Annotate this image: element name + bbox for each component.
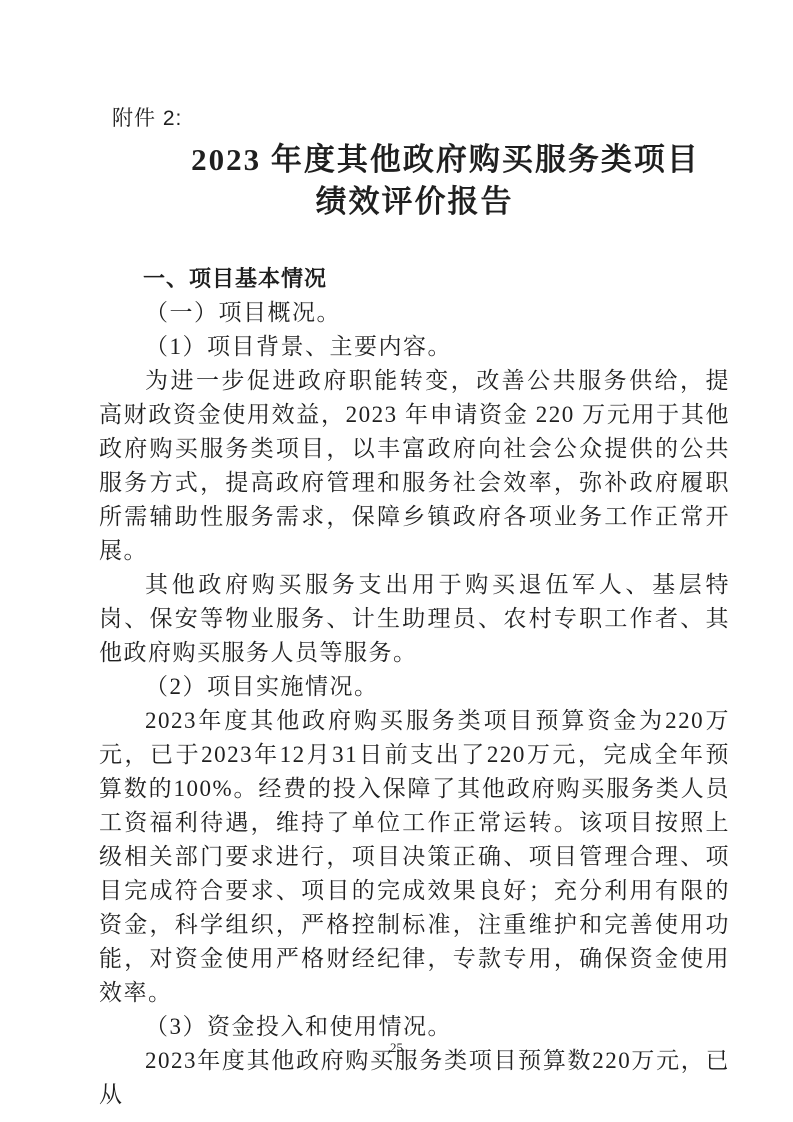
attachment-label: 附件 2: [112, 106, 182, 132]
document-page: 附件 2: 2023 年度其他政府购买服务类项目 绩效评价报告 一、项目基本情况… [0, 0, 793, 1122]
body-paragraph-6: 2023年度其他政府购买服务类项目预算资金为220万元，已于2023年12月31… [99, 704, 730, 1010]
document-title-line-1: 2023 年度其他政府购买服务类项目 [99, 139, 730, 181]
body-paragraph-3: 为进一步促进政府职能转变，改善公共服务供给，提高财政资金使用效益，2023 年申… [99, 364, 730, 568]
body-paragraph-5: （2）项目实施情况。 [99, 670, 730, 704]
body-paragraph-1: （一）项目概况。 [99, 296, 730, 330]
document-body: 一、项目基本情况 （一）项目概况。 （1）项目背景、主要内容。 为进一步促进政府… [99, 262, 730, 1112]
page-number: 25 [0, 1040, 793, 1056]
body-paragraph-4: 其他政府购买服务支出用于购买退伍军人、基层特岗、保安等物业服务、计生助理员、农村… [99, 568, 730, 670]
document-title: 2023 年度其他政府购买服务类项目 绩效评价报告 [99, 139, 730, 223]
body-paragraph-7: （3）资金投入和使用情况。 [99, 1010, 730, 1044]
document-title-line-2: 绩效评价报告 [99, 181, 730, 223]
section-heading: 一、项目基本情况 [99, 262, 730, 296]
body-paragraph-2: （1）项目背景、主要内容。 [99, 330, 730, 364]
